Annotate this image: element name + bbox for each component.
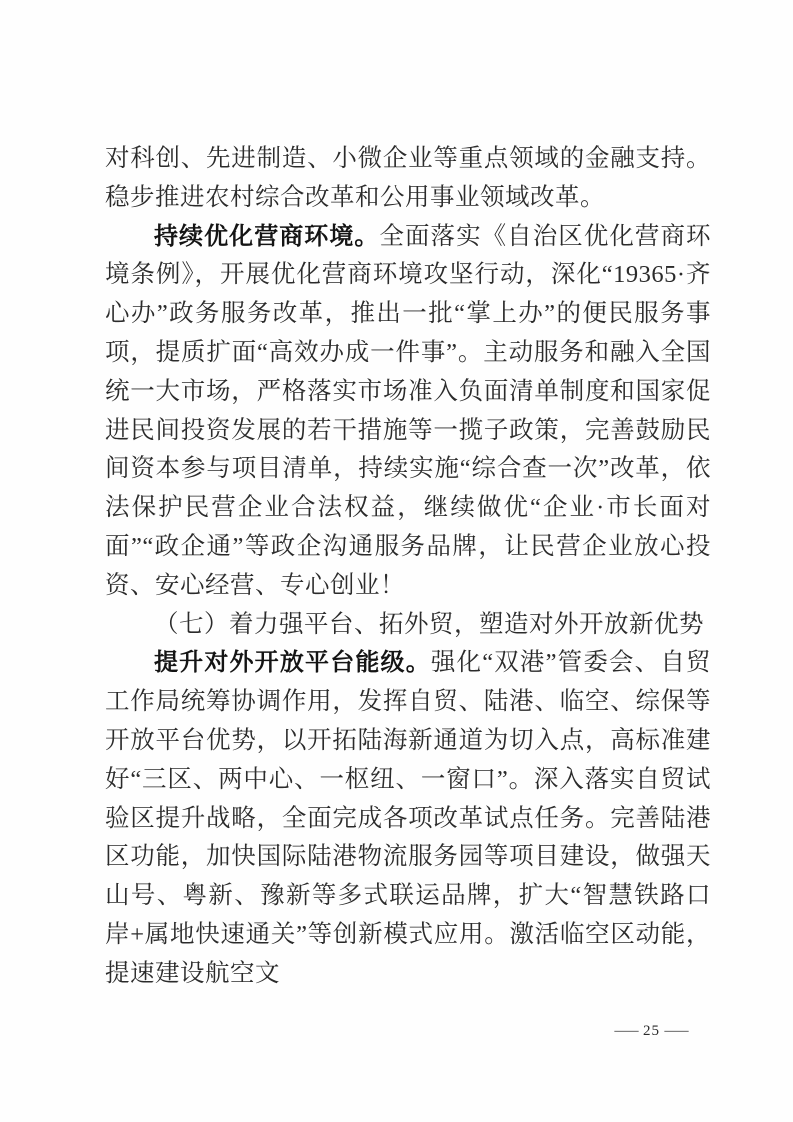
paragraph-business-environment: 持续优化营商环境。全面落实《自治区优化营商环境条例》，开展优化营商环境攻坚行动，… xyxy=(105,218,711,606)
page-text-block: 对科创、先进制造、小微企业等重点领域的金融支持。稳步推进农村综合改革和公用事业领… xyxy=(105,140,711,994)
page-number-value: 25 xyxy=(643,1021,660,1041)
page-number: —25— xyxy=(610,1021,693,1041)
paragraph-opening-platform-text: 强化“双港”管委会、自贸工作局统筹协调作用，发挥自贸、陆港、临空、综保等开放平台… xyxy=(105,649,711,986)
footer-dash-right: — xyxy=(665,1021,689,1041)
document-page: 对科创、先进制造、小微企业等重点领域的金融支持。稳步推进农村综合改革和公用事业领… xyxy=(0,0,793,1122)
paragraph-opening-platform-lead: 提升对外开放平台能级。 xyxy=(154,649,431,676)
paragraph-business-environment-lead: 持续优化营商环境。 xyxy=(154,223,379,250)
paragraph-continuation: 对科创、先进制造、小微企业等重点领域的金融支持。稳步推进农村综合改革和公用事业领… xyxy=(105,140,711,218)
section-heading-seven-text: （七）着力强平台、拓外贸，塑造对外开放新优势 xyxy=(154,611,704,638)
paragraph-continuation-text: 对科创、先进制造、小微企业等重点领域的金融支持。稳步推进农村综合改革和公用事业领… xyxy=(105,145,711,211)
footer-dash-left: — xyxy=(615,1021,639,1041)
paragraph-business-environment-text: 全面落实《自治区优化营商环境条例》，开展优化营商环境攻坚行动，深化“19365·… xyxy=(105,223,711,599)
section-heading-seven: （七）着力强平台、拓外贸，塑造对外开放新优势 xyxy=(105,606,711,645)
paragraph-opening-platform: 提升对外开放平台能级。强化“双港”管委会、自贸工作局统筹协调作用，发挥自贸、陆港… xyxy=(105,644,711,993)
